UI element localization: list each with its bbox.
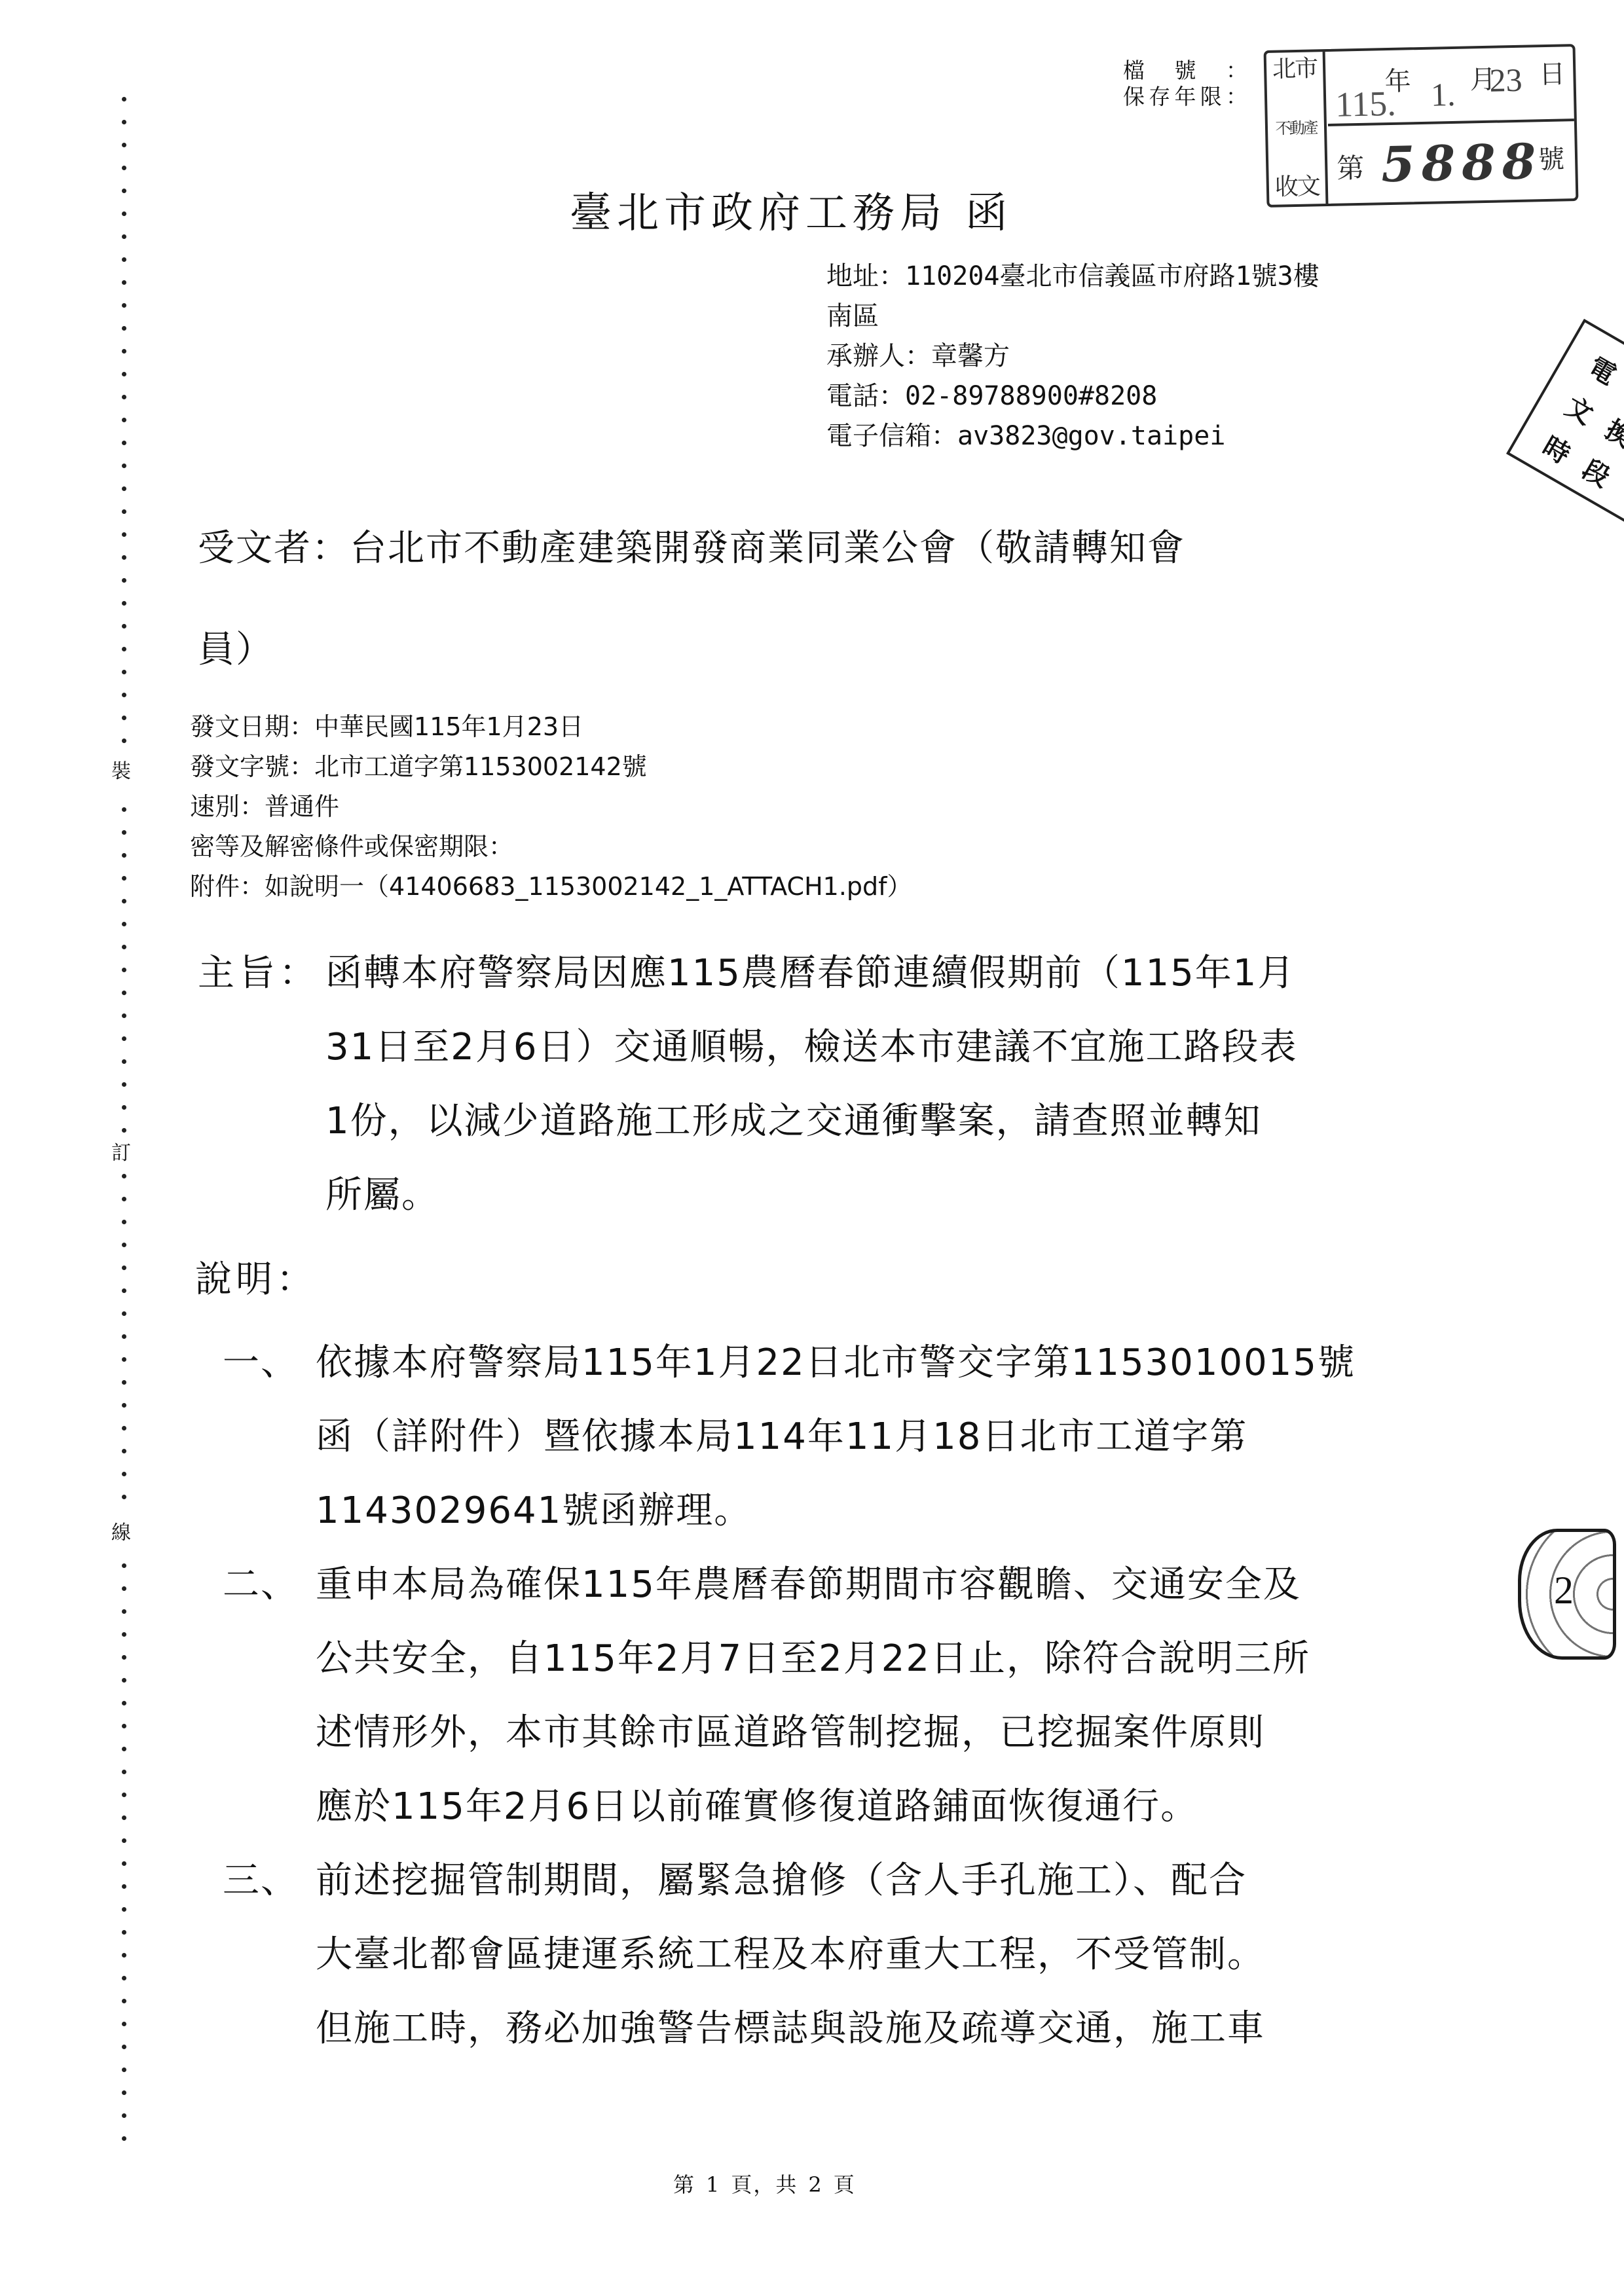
recipient-block: 受文者：台北市不動產建築開發商業同業公會（敬請轉知會 員） bbox=[198, 498, 1442, 701]
handler-line: 承辦人：章馨方 bbox=[826, 337, 1319, 376]
binding-dot bbox=[122, 234, 126, 239]
attachment-label: 附件： bbox=[190, 872, 265, 901]
binding-dot bbox=[122, 1059, 126, 1064]
footer-current-page: 1 bbox=[706, 2172, 720, 2197]
binding-dot bbox=[122, 716, 126, 720]
handler-value: 章馨方 bbox=[931, 341, 1010, 371]
binding-dot bbox=[122, 830, 126, 835]
stamp-serial-suffix: 號 bbox=[1538, 138, 1564, 176]
binding-dot bbox=[122, 532, 126, 537]
binding-dot bbox=[122, 143, 126, 147]
footer-page-mid: 頁，共 bbox=[731, 2172, 798, 2197]
address-label: 地址： bbox=[826, 261, 905, 291]
binding-dot bbox=[122, 441, 126, 445]
binding-dot bbox=[122, 1609, 126, 1614]
binding-dot bbox=[122, 555, 126, 560]
binding-dot bbox=[122, 1701, 126, 1705]
stamp-year-label: 年 bbox=[1384, 60, 1411, 98]
handler-label: 承辦人： bbox=[826, 341, 931, 371]
binding-dot bbox=[122, 395, 126, 399]
binding-dot bbox=[122, 1495, 126, 1499]
binding-dot bbox=[122, 1266, 126, 1270]
item-marker: 一、 bbox=[223, 1326, 299, 1400]
phone-value: 02-89788900#8208 bbox=[905, 381, 1157, 411]
footer-total-pages: 2 bbox=[808, 2172, 822, 2197]
binding-dot bbox=[122, 1174, 126, 1178]
binding-dot bbox=[122, 189, 126, 193]
binding-dot bbox=[122, 1678, 126, 1683]
file-number-label: 檔號： bbox=[1123, 58, 1247, 84]
binding-dot bbox=[122, 1243, 126, 1247]
recipient-value-line2: 員） bbox=[198, 599, 1442, 701]
document-meta: 發文日期：中華民國115年1月23日 發文字號：北市工道字第1153002142… bbox=[190, 707, 912, 907]
explanation-items: 一、 依據本府警察局115年1月22日北市警交字第1153010015號 函（詳… bbox=[223, 1326, 1467, 2066]
item-line: 1143029641號函辦理。 bbox=[316, 1474, 1467, 1548]
binding-dot bbox=[122, 1380, 126, 1385]
stamp-day: 23 bbox=[1489, 61, 1522, 100]
page-seal-stamp: 2 bbox=[1518, 1529, 1616, 1660]
binding-dot bbox=[122, 1907, 126, 1912]
binding-dot bbox=[122, 876, 126, 881]
item-line: 函（詳附件）暨依據本局114年11月18日北市工道字第 bbox=[316, 1400, 1467, 1474]
binding-dot bbox=[122, 120, 126, 124]
item-line: 前述挖掘管制期間，屬緊急搶修（含人手孔施工）、配合 bbox=[316, 1844, 1467, 1918]
binding-dot bbox=[122, 1036, 126, 1041]
binding-dot bbox=[122, 280, 126, 285]
explanation-item-2: 二、 重申本局為確保115年農曆春節期間市容觀瞻、交通安全及 公共安全，自115… bbox=[223, 1548, 1467, 1844]
binding-dot bbox=[122, 1976, 126, 1980]
binding-dot bbox=[122, 2113, 126, 2118]
binding-dot bbox=[122, 1082, 126, 1087]
stamp-org-middle: 不動產 bbox=[1275, 115, 1317, 141]
binding-dot bbox=[122, 1747, 126, 1751]
subject-body: 函轉本府警察局因應115農曆春節連續假期前（115年1月 31日至2月6日）交通… bbox=[325, 936, 1439, 1232]
binding-dot bbox=[122, 945, 126, 949]
retention-period-label: 保存年限： bbox=[1123, 84, 1247, 110]
binding-dot bbox=[122, 2045, 126, 2049]
doc-number-value: 北市工道字第1153002142號 bbox=[314, 752, 647, 781]
binding-dot bbox=[122, 1311, 126, 1316]
recipient-label: 受文者： bbox=[198, 527, 350, 570]
explanation-label: 說明： bbox=[195, 1250, 317, 1303]
binding-dot bbox=[122, 1724, 126, 1728]
stamp-date-row: 115. 年 1. 月 23 日 bbox=[1332, 53, 1569, 121]
binding-dot bbox=[122, 211, 126, 216]
binding-dot bbox=[122, 624, 126, 629]
binding-dot bbox=[122, 1632, 126, 1637]
receipt-stamp-org-column: 北市 不動產 收文 bbox=[1266, 52, 1329, 205]
item-marker: 三、 bbox=[223, 1844, 299, 1918]
footer-page-prefix: 第 bbox=[673, 2172, 695, 2197]
estamp-char: 電 bbox=[1583, 347, 1624, 392]
binding-dot bbox=[122, 670, 126, 674]
binding-dot bbox=[122, 1884, 126, 1889]
contact-block: 地址：110204臺北市信義區市府路1號3樓 南區 承辦人：章馨方 電話：02-… bbox=[826, 257, 1319, 456]
binding-dot bbox=[122, 509, 126, 514]
binding-dot bbox=[122, 303, 126, 308]
binding-dot bbox=[122, 257, 126, 262]
binding-dot bbox=[122, 578, 126, 583]
address-line: 地址：110204臺北市信義區市府路1號3樓 bbox=[826, 257, 1319, 297]
binding-dot bbox=[122, 1838, 126, 1843]
item-line: 公共安全，自115年2月7日至2月22日止，除符合說明三所 bbox=[316, 1622, 1467, 1696]
binding-dot bbox=[122, 97, 126, 101]
doc-number-label: 發文字號： bbox=[190, 752, 314, 781]
phone-label: 電話： bbox=[826, 381, 905, 411]
binding-dot bbox=[122, 372, 126, 376]
stamp-serial-prefix: 第 bbox=[1337, 147, 1365, 187]
subject-label: 主旨： bbox=[198, 936, 320, 1010]
phone-line: 電話：02-89788900#8208 bbox=[826, 376, 1319, 416]
binding-dot bbox=[122, 166, 126, 170]
binding-dot bbox=[122, 1793, 126, 1797]
binding-dot bbox=[122, 1013, 126, 1018]
stamp-org-bottom: 收文 bbox=[1274, 173, 1319, 200]
binding-dot bbox=[122, 1930, 126, 1935]
binding-dot bbox=[122, 1586, 126, 1591]
address-line-2: 南區 bbox=[826, 297, 1319, 337]
stamp-month: 1. bbox=[1430, 75, 1456, 114]
binding-label-ding: 訂 bbox=[111, 1142, 131, 1165]
speed-label: 速別： bbox=[190, 792, 265, 821]
binding-dot bbox=[122, 853, 126, 858]
binding-dot bbox=[122, 349, 126, 354]
binding-dot bbox=[122, 1426, 126, 1430]
stamp-serial-number: 5888 bbox=[1380, 134, 1543, 193]
stamp-org-top: 北市 bbox=[1272, 56, 1318, 82]
binding-dot bbox=[122, 2068, 126, 2072]
subject-line: 31日至2月6日）交通順暢，檢送本市建議不宜施工路段表 bbox=[325, 1010, 1439, 1084]
address-value: 110204臺北市信義區市府路1號3樓 bbox=[905, 261, 1319, 291]
binding-dot bbox=[122, 1563, 126, 1568]
binding-dot bbox=[122, 1334, 126, 1339]
item-line: 大臺北都會區捷運系統工程及本府重大工程，不受管制。 bbox=[316, 1918, 1467, 1992]
binding-dot bbox=[122, 326, 126, 331]
classification-label: 密等及解密條件或保密期限： bbox=[190, 832, 513, 861]
item-marker: 二、 bbox=[223, 1548, 299, 1622]
binding-dot bbox=[122, 1105, 126, 1110]
page-seal-number: 2 bbox=[1554, 1568, 1574, 1613]
estamp-char: 段 bbox=[1576, 449, 1617, 494]
issue-date-value: 中華民國115年1月23日 bbox=[314, 712, 583, 741]
binding-dot bbox=[122, 1449, 126, 1453]
binding-dot bbox=[122, 1220, 126, 1224]
estamp-char: 換 bbox=[1599, 409, 1624, 454]
binding-dot bbox=[122, 1953, 126, 1958]
item-line: 應於115年2月6日以前確實修復道路鋪面恢復通行。 bbox=[316, 1770, 1467, 1844]
binding-label-xian: 線 bbox=[111, 1522, 131, 1544]
email-line: 電子信箱：av3823@gov.taipei bbox=[826, 416, 1319, 456]
binding-dot bbox=[122, 2022, 126, 2026]
estamp-char: 時 bbox=[1537, 426, 1578, 471]
item-line: 但施工時，務必加強警告標誌與設施及疏導交通，施工車 bbox=[316, 1992, 1467, 2066]
estamp-char: 文 bbox=[1560, 386, 1601, 431]
recipient-value-line1: 台北市不動產建築開發商業同業公會（敬請轉知會 bbox=[350, 527, 1185, 570]
page-footer: 第1頁，共2頁 bbox=[668, 2168, 861, 2198]
email-label: 電子信箱： bbox=[826, 421, 957, 451]
email-value: av3823@gov.taipei bbox=[957, 421, 1225, 451]
stamp-day-label: 日 bbox=[1539, 53, 1566, 91]
binding-dot bbox=[122, 922, 126, 926]
binding-dot bbox=[122, 1197, 126, 1201]
file-info: 檔號： 保存年限： bbox=[1123, 58, 1247, 110]
subject-line: 所屬。 bbox=[325, 1158, 1439, 1232]
binding-dot bbox=[122, 968, 126, 972]
binding-dot bbox=[122, 601, 126, 606]
explanation-item-3: 三、 前述挖掘管制期間，屬緊急搶修（含人手孔施工）、配合 大臺北都會區捷運系統工… bbox=[223, 1844, 1467, 2066]
binding-dot bbox=[122, 1770, 126, 1774]
item-line: 依據本府警察局115年1月22日北市警交字第1153010015號 bbox=[316, 1326, 1467, 1400]
binding-dot bbox=[122, 1861, 126, 1866]
binding-dot bbox=[122, 1357, 126, 1362]
binding-dot bbox=[122, 2090, 126, 2095]
item-line: 述情形外，本市其餘市區道路管制挖掘，已挖掘案件原則 bbox=[316, 1696, 1467, 1770]
binding-dot bbox=[122, 418, 126, 422]
footer-page-suffix: 頁 bbox=[834, 2172, 856, 2197]
explanation-item-1: 一、 依據本府警察局115年1月22日北市警交字第1153010015號 函（詳… bbox=[223, 1326, 1467, 1548]
subject-line: 1份，以減少道路施工形成之交通衝擊案，請查照並轉知 bbox=[325, 1084, 1439, 1158]
binding-dot bbox=[122, 2136, 126, 2141]
binding-dot bbox=[122, 899, 126, 903]
binding-dot bbox=[122, 647, 126, 651]
attachment-value: 如說明一（41406683_1153002142_1_ATTACH1.pdf） bbox=[265, 872, 912, 901]
speed-value: 普通件 bbox=[265, 792, 339, 821]
binding-dot bbox=[122, 1128, 126, 1133]
document-title: 臺北市政府工務局 函 bbox=[570, 179, 1012, 240]
electronic-exchange-stamp: 電 交 文 換 時 段 bbox=[1506, 319, 1624, 541]
binding-dot bbox=[122, 1472, 126, 1476]
item-line: 重申本局為確保115年農曆春節期間市容觀瞻、交通安全及 bbox=[316, 1548, 1467, 1622]
subject-line: 函轉本府警察局因應115農曆春節連續假期前（115年1月 bbox=[325, 936, 1439, 1010]
stamp-serial-row: 第 5888 號 bbox=[1333, 126, 1570, 197]
issue-date-label: 發文日期： bbox=[190, 712, 314, 741]
binding-dot bbox=[122, 1655, 126, 1660]
binding-dot bbox=[122, 693, 126, 697]
binding-dot bbox=[122, 464, 126, 468]
binding-dot bbox=[122, 738, 126, 743]
binding-dot bbox=[122, 807, 126, 812]
receipt-stamp: 北市 不動產 收文 115. 年 1. 月 23 日 第 5888 號 bbox=[1264, 44, 1579, 208]
binding-dot bbox=[122, 1288, 126, 1293]
binding-dot bbox=[122, 1815, 126, 1820]
binding-dot bbox=[122, 486, 126, 491]
binding-dot bbox=[122, 991, 126, 995]
binding-label-zhuang: 裝 bbox=[111, 761, 131, 783]
binding-dot bbox=[122, 1403, 126, 1408]
binding-dot bbox=[122, 1999, 126, 2003]
